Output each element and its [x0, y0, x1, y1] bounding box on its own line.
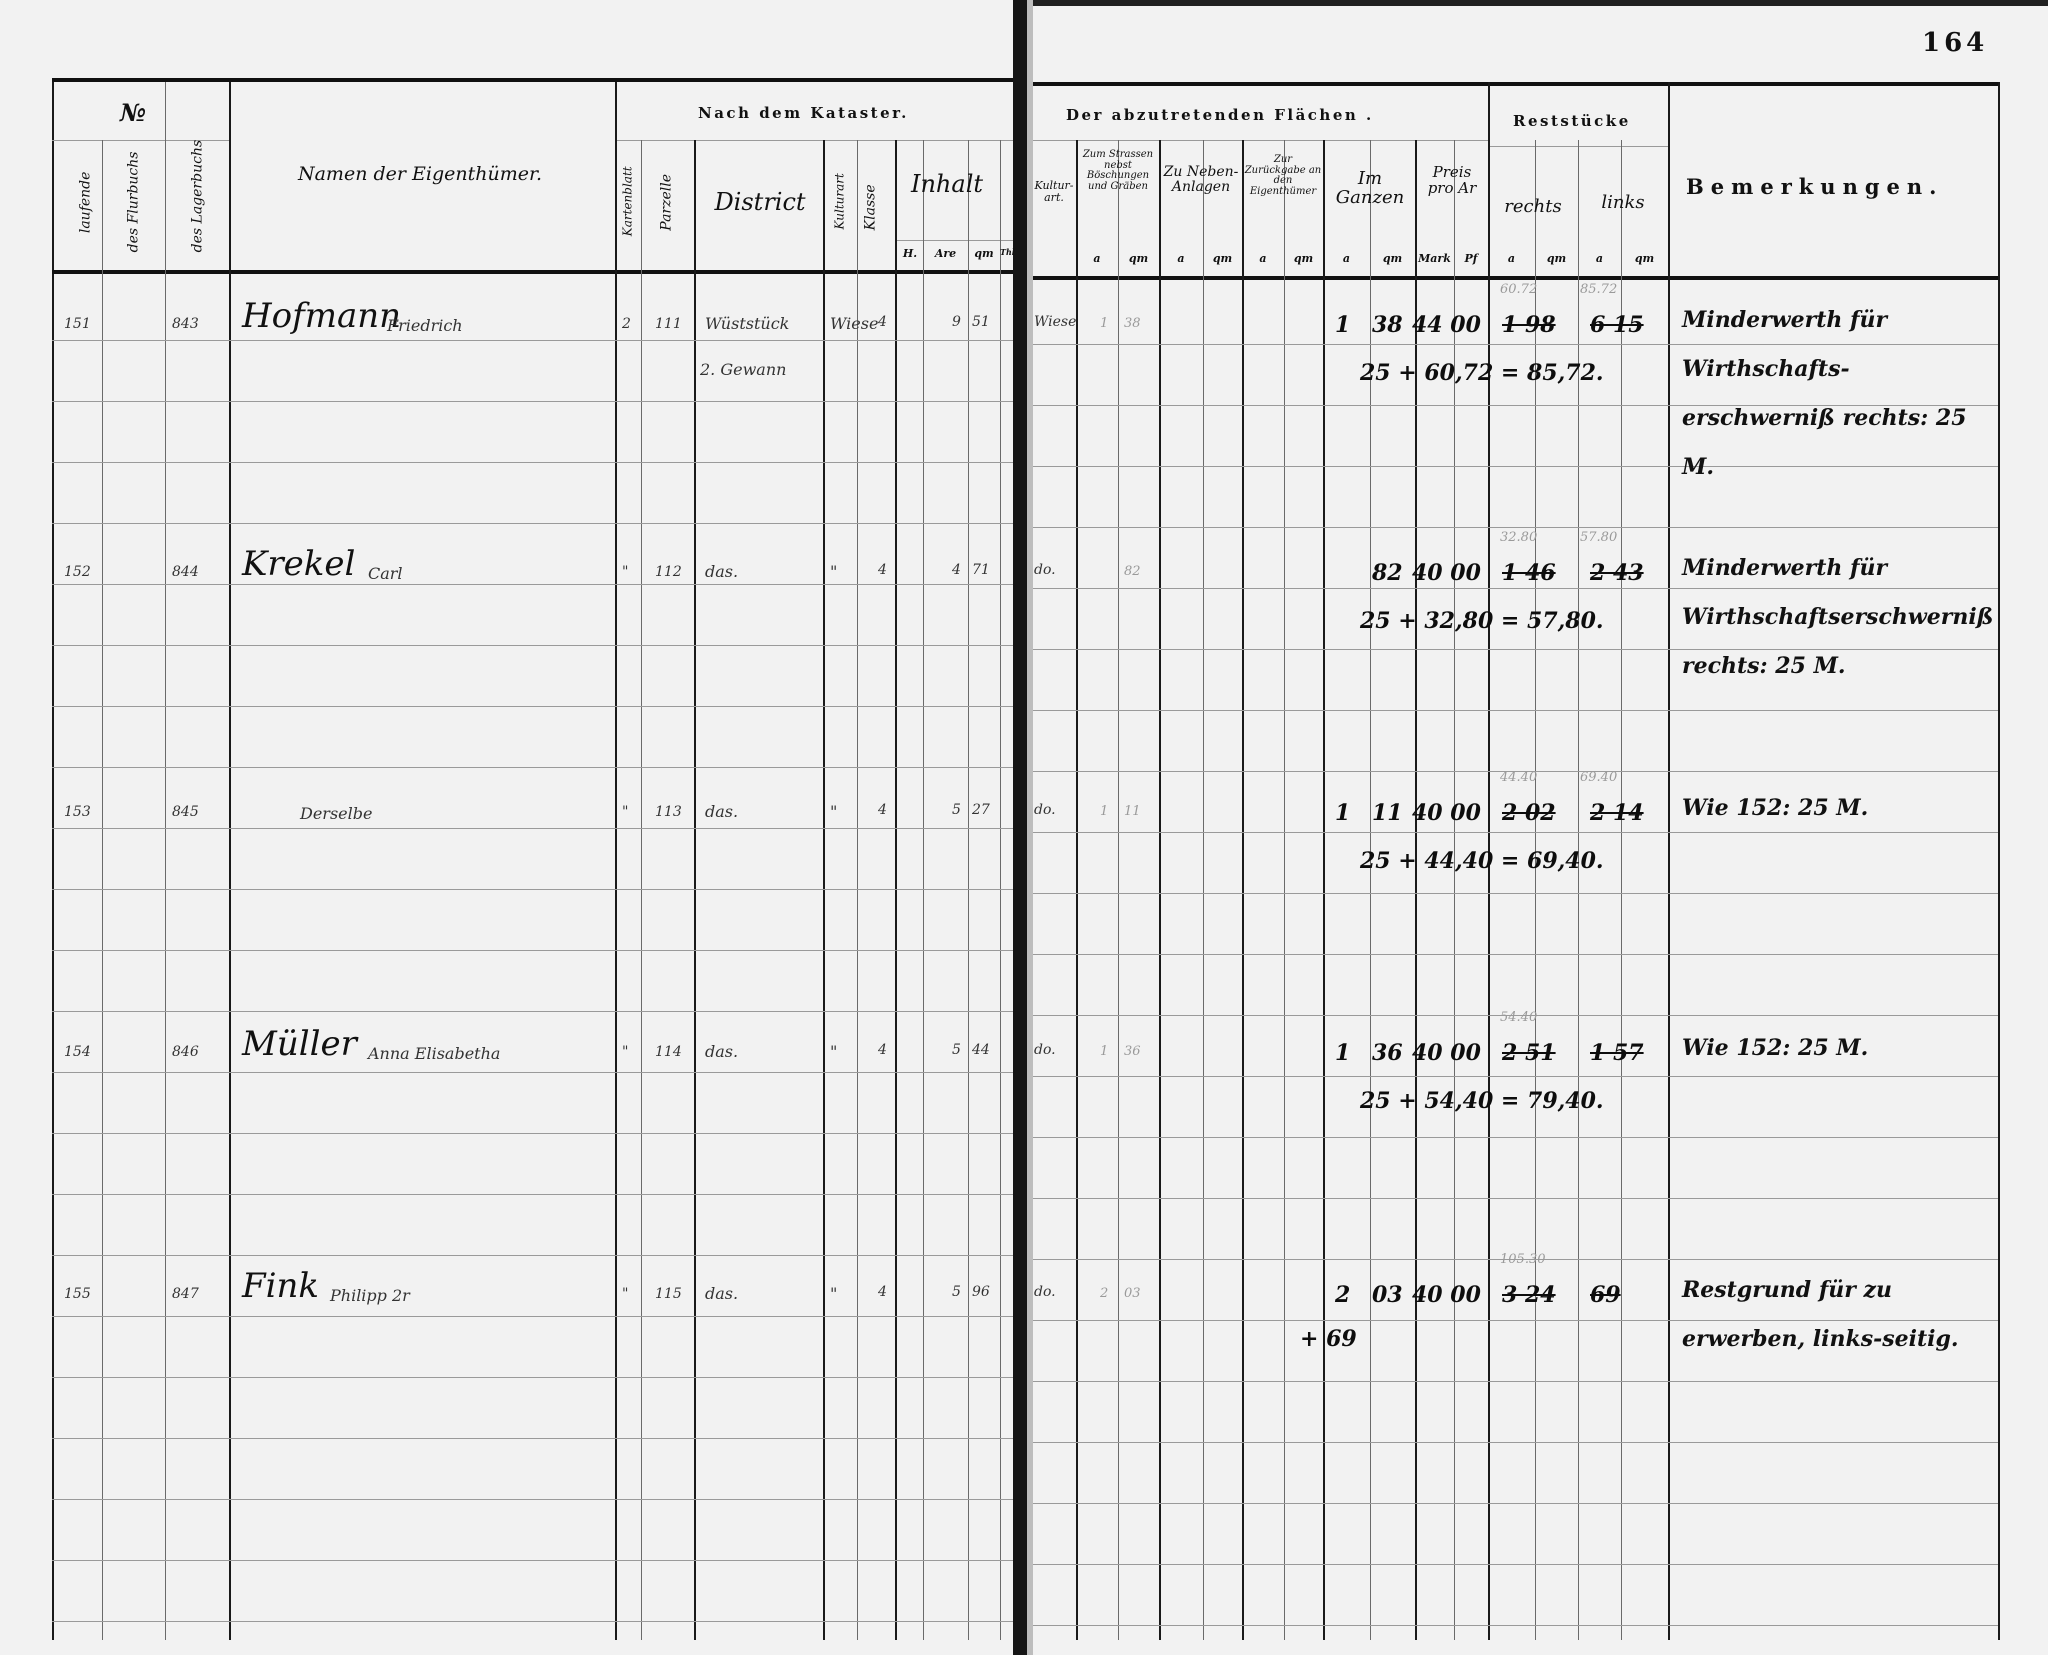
- row-strassen-qm: 38: [1124, 316, 1141, 331]
- grid-line: [52, 1438, 1013, 1439]
- row-owner-surname: Müller: [242, 1024, 357, 1064]
- row-bemerkung: Wie 152: 25 M.: [1682, 1024, 1982, 1073]
- row-lagerbuch-nr: 843: [172, 316, 199, 332]
- row-bemerkung: Minderwerth für Wirthschafts-erschwerniß…: [1682, 296, 1982, 492]
- row-im-ganzen-qm: 03: [1372, 1282, 1403, 1308]
- grid-line: [52, 1194, 1013, 1195]
- row-qm: 51: [972, 314, 990, 330]
- grid-line: [52, 401, 1013, 402]
- row-are: 5: [952, 1284, 961, 1300]
- row-are: 5: [952, 802, 961, 818]
- header-reststuecke: Reststücke: [1513, 112, 1631, 130]
- spine-shadow: [1027, 0, 1033, 1655]
- row-owner-surname: Krekel: [242, 544, 355, 584]
- row-rest-links: 69: [1590, 1282, 1621, 1308]
- grid-line: [52, 828, 1013, 829]
- grid-line: [52, 584, 1013, 585]
- grid-line: [52, 889, 1013, 890]
- row-preis: 40 00: [1412, 560, 1481, 586]
- row-strassen-a: 2: [1100, 1286, 1108, 1301]
- grid-line: [52, 950, 1013, 951]
- row-pencil-links: 85.72: [1580, 282, 1617, 297]
- grid-line: [823, 140, 825, 1640]
- grid-line: [1000, 140, 1001, 1640]
- header-nach-dem-kataster: Nach dem Kataster.: [698, 104, 909, 122]
- row-im-ganzen-a: 1: [1335, 1040, 1350, 1066]
- grid-line: [1242, 140, 1244, 1640]
- unit-label: qm: [1535, 252, 1578, 265]
- unit-label: a: [1578, 252, 1621, 265]
- row-art: do.: [1034, 562, 1056, 578]
- ledger-page: 164 № Nach dem Kataster. Der abzutretend…: [0, 0, 2048, 1655]
- unit-thl: Thl: [1000, 247, 1014, 257]
- row-kartenblatt: ": [622, 1286, 628, 1302]
- grid-line: [1033, 1442, 1998, 1443]
- grid-line: [1033, 1625, 1998, 1626]
- row-art: Wiese: [1034, 314, 1076, 330]
- grid-line: [895, 140, 897, 1640]
- grid-line: [857, 140, 858, 1640]
- row-parzelle: 112: [655, 564, 682, 580]
- row-rest-rechts: 1 98: [1502, 312, 1556, 338]
- unit-label: qm: [1370, 252, 1415, 265]
- row-qm: 96: [972, 1284, 990, 1300]
- row-pencil-rechts: 44.40: [1500, 770, 1537, 785]
- row-rest-rechts: 3 24: [1502, 1282, 1556, 1308]
- grid-line: [229, 82, 231, 1640]
- unit-label: qm: [1284, 252, 1323, 265]
- grid-line: [102, 140, 103, 1640]
- grid-line: [52, 767, 1013, 768]
- unit-label: a: [1488, 252, 1535, 265]
- row-qm: 44: [972, 1042, 990, 1058]
- header-eigenthuemer: Namen der Eigenthümer.: [240, 165, 600, 185]
- grid-line: [1323, 140, 1325, 1640]
- row-im-ganzen-a: 1: [1335, 800, 1350, 826]
- grid-line: [1033, 276, 1998, 280]
- row-district: das.: [705, 562, 738, 581]
- row-lagerbuch-nr: 846: [172, 1044, 199, 1060]
- unit-label: a: [1242, 252, 1284, 265]
- header-abzutretende-flaechen: Der abzutretenden Flächen .: [1066, 106, 1374, 124]
- header-district: District: [700, 190, 820, 215]
- header-kulturart: Kulturart: [834, 151, 847, 251]
- grid-line: [1668, 82, 1670, 1640]
- grid-line: [52, 82, 54, 1640]
- row-laufende-nr: 155: [64, 1286, 91, 1302]
- grid-line: [1033, 1564, 1998, 1565]
- unit-label: Mark: [1415, 252, 1454, 265]
- grid-line: [895, 240, 1013, 241]
- row-owner-given: Anna Elisabetha: [368, 1044, 500, 1063]
- row-kartenblatt: ": [622, 564, 628, 580]
- grid-line: [52, 1072, 1013, 1073]
- grid-line: [1621, 140, 1622, 1640]
- unit-label: qm: [1203, 252, 1242, 265]
- row-bemerkung: Minderwerth für Wirthschaftserschwerniß …: [1682, 544, 1982, 691]
- row-are: 5: [952, 1042, 961, 1058]
- row-owner-given: Derselbe: [300, 804, 372, 823]
- row-kulturart: ": [830, 802, 837, 821]
- unit-label: qm: [1621, 252, 1668, 265]
- unit-label: qm: [1118, 252, 1159, 265]
- unit-label: Pf: [1454, 252, 1488, 265]
- row-calculation: 25 + 60,72 = 85,72.: [1360, 360, 1604, 386]
- grid-line: [615, 140, 1013, 141]
- row-preis: 40 00: [1412, 1282, 1481, 1308]
- grid-line: [52, 78, 1013, 82]
- grid-line: [923, 140, 924, 1640]
- grid-line: [1033, 140, 1488, 141]
- grid-line: [1033, 710, 1998, 711]
- header-nr: №: [120, 98, 149, 127]
- grid-line: [1033, 954, 1998, 955]
- grid-line: [968, 140, 969, 1640]
- header-inhalt: Inhalt: [897, 172, 997, 197]
- row-owner-given: Carl: [368, 564, 403, 583]
- row-owner-surname: Hofmann: [242, 296, 401, 336]
- row-strassen-a: 1: [1100, 804, 1108, 819]
- row-kartenblatt: 2: [622, 316, 631, 332]
- row-preis: 40 00: [1412, 800, 1481, 826]
- grid-line: [1159, 140, 1161, 1640]
- row-klasse: 4: [878, 1284, 887, 1300]
- grid-line: [52, 270, 1013, 274]
- row-strassen-qm: 36: [1124, 1044, 1141, 1059]
- row-im-ganzen-a: 1: [1335, 312, 1350, 338]
- grid-line: [694, 140, 696, 1640]
- grid-line: [52, 1011, 1013, 1012]
- row-parzelle: 114: [655, 1044, 682, 1060]
- row-strassen-a: 1: [1100, 316, 1108, 331]
- header-parzelle: Parzelle: [660, 152, 675, 252]
- row-lagerbuch-nr: 847: [172, 1286, 199, 1302]
- row-parzelle: 115: [655, 1286, 682, 1302]
- grid-line: [52, 523, 1013, 524]
- header-rechts: rechts: [1490, 198, 1576, 217]
- row-district: Wüststück: [705, 314, 789, 333]
- row-laufende-nr: 151: [64, 316, 91, 332]
- row-laufende-nr: 152: [64, 564, 91, 580]
- row-art: do.: [1034, 1284, 1056, 1300]
- row-rest-links: 1 57: [1590, 1040, 1644, 1066]
- row-pencil-rechts: 105.30: [1500, 1252, 1546, 1267]
- row-im-ganzen-a: 2: [1335, 1282, 1350, 1308]
- row-owner-surname: Fink: [242, 1266, 319, 1306]
- row-calculation: 25 + 54,40 = 79,40.: [1360, 1088, 1604, 1114]
- header-flurbuch: des Flurbuchs: [127, 152, 142, 252]
- row-rest-rechts: 2 02: [1502, 800, 1556, 826]
- row-klasse: 4: [878, 802, 887, 818]
- row-pencil-rechts: 54.40: [1500, 1010, 1537, 1025]
- row-district: das.: [705, 1284, 738, 1303]
- grid-line: [52, 1499, 1013, 1500]
- grid-line: [1033, 893, 1998, 894]
- row-rest-links: 2 14: [1590, 800, 1644, 826]
- row-strassen-qm: 82: [1124, 564, 1141, 579]
- row-preis: 44 00: [1412, 312, 1481, 338]
- row-pencil-rechts: 60.72: [1500, 282, 1537, 297]
- book-spine: [1013, 0, 1027, 1655]
- grid-line: [1203, 140, 1204, 1640]
- grid-line: [615, 82, 617, 1640]
- row-kulturart: Wiese: [830, 314, 878, 333]
- unit-h: H.: [897, 247, 923, 260]
- row-kulturart: ": [830, 1284, 837, 1303]
- row-im-ganzen-qm: 82: [1372, 560, 1403, 586]
- grid-line: [52, 1255, 1013, 1256]
- row-klasse: 4: [878, 314, 887, 330]
- row-laufende-nr: 154: [64, 1044, 91, 1060]
- row-parzelle: 111: [655, 316, 682, 332]
- header-kartenblatt: Kartenblatt: [622, 151, 635, 251]
- row-district-2: 2. Gewann: [700, 360, 786, 379]
- row-kartenblatt: ": [622, 804, 628, 820]
- row-are: 4: [952, 562, 961, 578]
- row-im-ganzen-extra: + 69: [1300, 1326, 1357, 1352]
- row-lagerbuch-nr: 844: [172, 564, 199, 580]
- row-district: das.: [705, 802, 738, 821]
- row-preis: 40 00: [1412, 1040, 1481, 1066]
- row-laufende-nr: 153: [64, 804, 91, 820]
- header-zurueckgabe: Zur Zurückgabe an den Eigenthümer: [1244, 155, 1322, 197]
- row-art: do.: [1034, 802, 1056, 818]
- row-are: 9: [952, 314, 961, 330]
- header-links: links: [1580, 194, 1666, 213]
- unit-label: a: [1159, 252, 1203, 265]
- grid-line: [165, 140, 166, 1640]
- grid-line: [1033, 1381, 1998, 1382]
- grid-line: [52, 1316, 1013, 1317]
- row-im-ganzen-qm: 11: [1372, 800, 1403, 826]
- unit-label: a: [1076, 252, 1118, 265]
- page-number: 164: [1922, 28, 1988, 58]
- row-im-ganzen-qm: 36: [1372, 1040, 1403, 1066]
- grid-line: [1118, 140, 1119, 1640]
- grid-line: [1033, 1076, 1998, 1077]
- grid-line: [1033, 1137, 1998, 1138]
- grid-line: [1033, 1503, 1998, 1504]
- grid-line: [1033, 82, 2000, 86]
- header-preis: Preis pro Ar: [1418, 165, 1486, 197]
- row-klasse: 4: [878, 562, 887, 578]
- row-lagerbuch-nr: 845: [172, 804, 199, 820]
- row-rest-rechts: 2 51: [1502, 1040, 1556, 1066]
- header-laufende: laufende: [79, 152, 94, 252]
- grid-line: [1033, 1198, 1998, 1199]
- header-nebenanlagen: Zu Neben-Anlagen: [1160, 165, 1242, 194]
- row-rest-rechts: 1 46: [1502, 560, 1556, 586]
- row-qm: 71: [972, 562, 990, 578]
- unit-are: Are: [923, 247, 968, 260]
- grid-line: [52, 462, 1013, 463]
- unit-label: a: [1323, 252, 1370, 265]
- grid-line: [52, 645, 1013, 646]
- row-klasse: 4: [878, 1042, 887, 1058]
- grid-line: [52, 706, 1013, 707]
- header-klasse: Klasse: [864, 162, 879, 252]
- row-calculation: 25 + 44,40 = 69,40.: [1360, 848, 1604, 874]
- header-art: Kultur-art.: [1033, 180, 1075, 203]
- row-pencil-links: 69.40: [1580, 770, 1617, 785]
- row-pencil-rechts: 32.80: [1500, 530, 1537, 545]
- row-owner-given: Friedrich: [387, 316, 463, 335]
- header-lagerbuch: des Lagerbuchs: [191, 152, 206, 252]
- row-strassen-qm: 03: [1124, 1286, 1141, 1301]
- row-rest-links: 2 43: [1590, 560, 1644, 586]
- grid-line: [52, 1377, 1013, 1378]
- row-bemerkung: Restgrund für zu erwerben, links-seitig.: [1682, 1266, 1982, 1364]
- header-bemerkungen: Bemerkungen.: [1686, 174, 1943, 199]
- row-pencil-links: 57.80: [1580, 530, 1617, 545]
- header-im-ganzen: Im Ganzen: [1326, 170, 1414, 208]
- row-owner-given: Philipp 2r: [330, 1286, 410, 1305]
- row-strassen-a: 1: [1100, 1044, 1108, 1059]
- grid-line: [52, 1560, 1013, 1561]
- grid-line: [52, 340, 1013, 341]
- row-parzelle: 113: [655, 804, 682, 820]
- grid-line: [1998, 82, 2000, 1640]
- row-qm: 27: [972, 802, 990, 818]
- row-bemerkung: Wie 152: 25 M.: [1682, 784, 1982, 833]
- grid-line: [1284, 140, 1285, 1640]
- scan-edge: [1027, 0, 2048, 6]
- row-strassen-qm: 11: [1124, 804, 1141, 819]
- grid-line: [1076, 140, 1078, 1640]
- row-kulturart: ": [830, 1042, 837, 1061]
- grid-line: [52, 1621, 1013, 1622]
- row-district: das.: [705, 1042, 738, 1061]
- unit-qm: qm: [968, 247, 1000, 260]
- row-calculation: 25 + 32,80 = 57,80.: [1360, 608, 1604, 634]
- header-strassen: Zum Strassen nebst Böschungen und Gräben: [1078, 150, 1158, 192]
- row-art: do.: [1034, 1042, 1056, 1058]
- row-kartenblatt: ": [622, 1044, 628, 1060]
- grid-line: [1033, 527, 1998, 528]
- grid-line: [165, 82, 166, 140]
- row-kulturart: ": [830, 562, 837, 581]
- grid-line: [641, 140, 642, 1640]
- grid-line: [52, 1133, 1013, 1134]
- row-rest-links: 6 15: [1590, 312, 1644, 338]
- row-im-ganzen-qm: 38: [1372, 312, 1403, 338]
